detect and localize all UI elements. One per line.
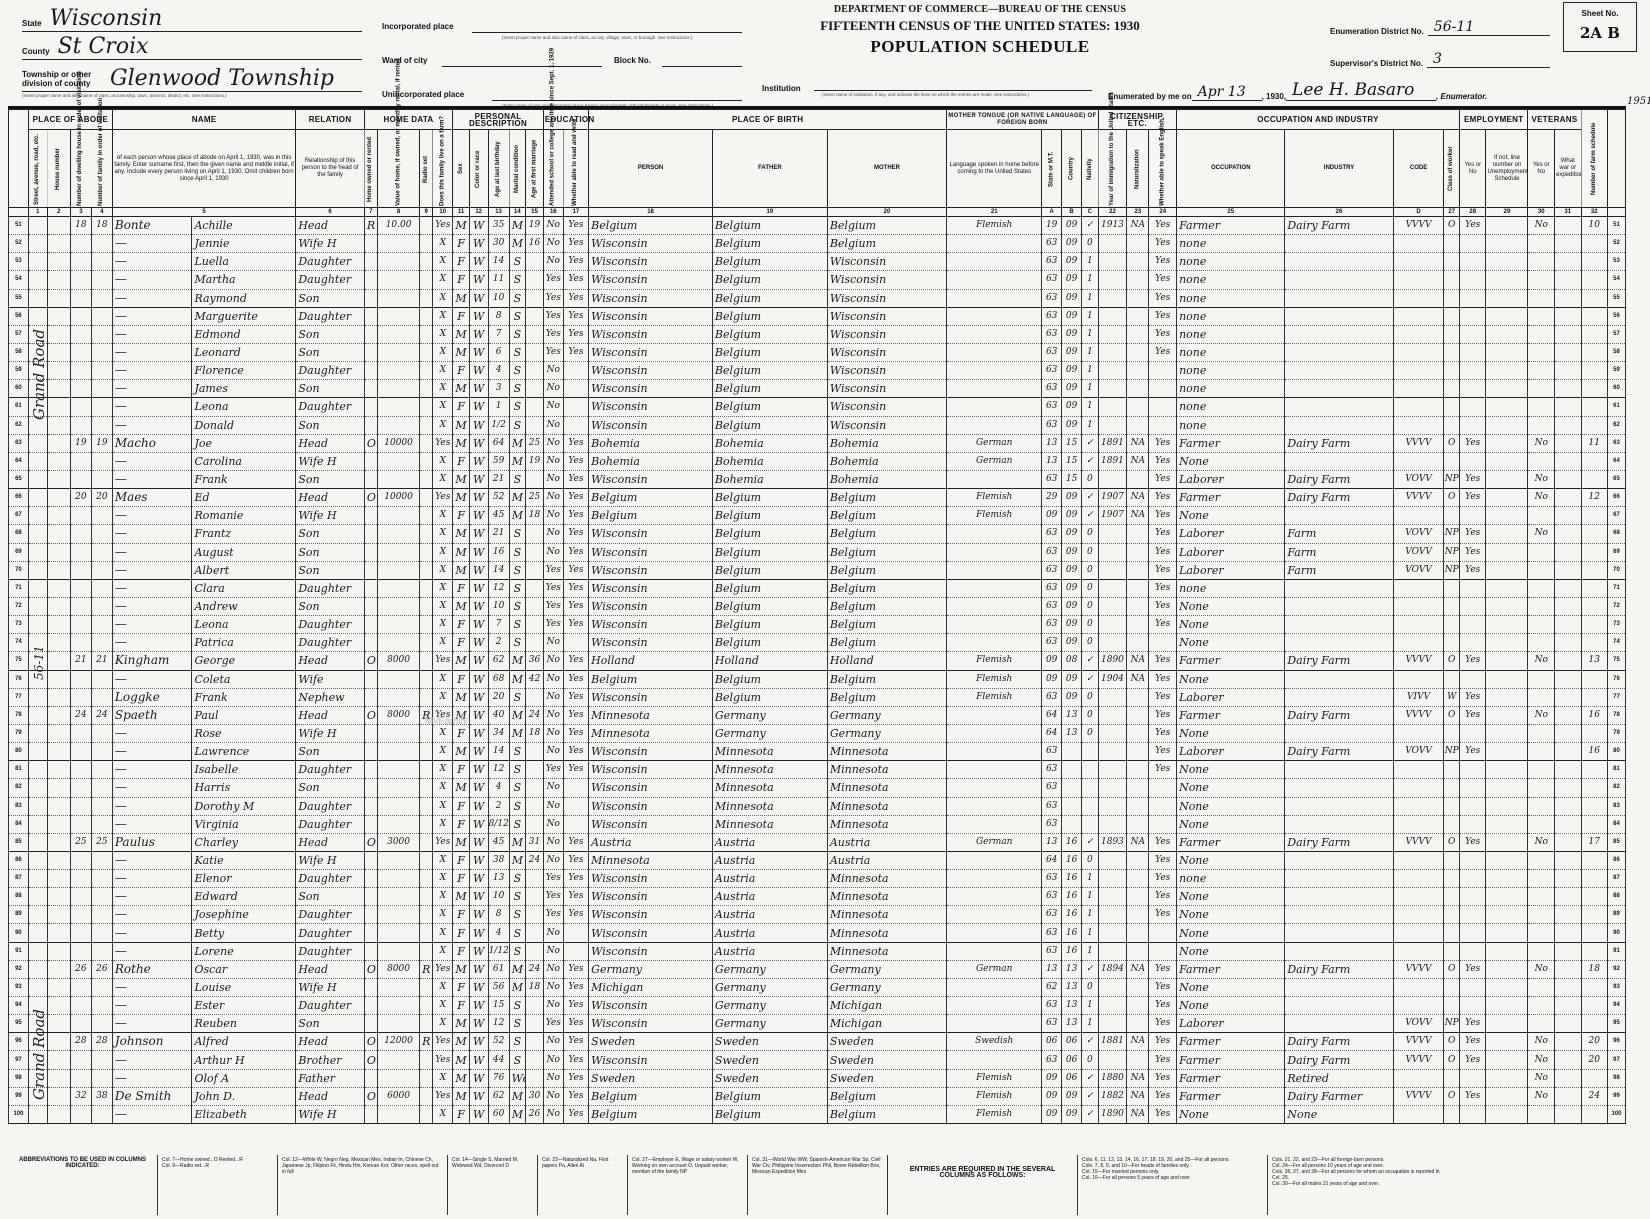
fam-cell bbox=[91, 325, 112, 343]
fsch-cell bbox=[1581, 362, 1608, 380]
farm-cell: X bbox=[433, 525, 453, 543]
radio-cell bbox=[420, 942, 433, 960]
farm-cell: X bbox=[433, 779, 453, 797]
sex-cell: M bbox=[453, 289, 470, 307]
cB-cell: 09 bbox=[1062, 253, 1082, 271]
fam-cell: 20 bbox=[91, 489, 112, 507]
eng-cell: Yes bbox=[1149, 452, 1177, 470]
eng-cell: Yes bbox=[1149, 652, 1177, 670]
sex-cell: M bbox=[453, 343, 470, 361]
farm-cell: X bbox=[433, 235, 453, 253]
race-cell: W bbox=[469, 616, 488, 634]
cC-cell bbox=[1082, 761, 1099, 779]
street-cell bbox=[28, 761, 47, 779]
dw-cell bbox=[70, 797, 91, 815]
given-cell: Charley bbox=[192, 833, 296, 851]
read-cell: Yes bbox=[563, 561, 588, 579]
sch-cell: Yes bbox=[543, 1015, 563, 1033]
pob-cell: Wisconsin bbox=[589, 616, 713, 634]
work-cell: Yes bbox=[1459, 960, 1486, 978]
cA-cell: 63 bbox=[1042, 997, 1062, 1015]
eng-cell: Yes bbox=[1149, 724, 1177, 742]
code-cell: VOVV bbox=[1393, 470, 1444, 488]
nat-cell bbox=[1127, 851, 1149, 869]
vet-cell: No bbox=[1528, 1051, 1555, 1069]
sex-cell: M bbox=[453, 380, 470, 398]
col-number-24: 24 bbox=[1149, 208, 1177, 217]
fpob-cell: Belgium bbox=[712, 343, 827, 361]
sex-cell: F bbox=[453, 398, 470, 416]
table-row: 68—FrantzSonXMW21SNoYesWisconsinBelgiumB… bbox=[9, 525, 1626, 543]
radio-cell bbox=[420, 761, 433, 779]
name-description-header: of each person whose place of abode on A… bbox=[112, 130, 295, 208]
table-row: 89—JosephineDaughterXFW8SYesYesWisconsin… bbox=[9, 906, 1626, 924]
fpob-cell: Austria bbox=[712, 833, 827, 851]
mar-cell: M bbox=[509, 851, 526, 869]
vet-cell bbox=[1528, 670, 1555, 688]
code-cell bbox=[1393, 997, 1444, 1015]
war-cell bbox=[1555, 325, 1582, 343]
col-number-27: 27 bbox=[1444, 208, 1459, 217]
cA-cell: 63 bbox=[1042, 579, 1062, 597]
own-cell bbox=[364, 870, 377, 888]
house-cell bbox=[47, 1015, 70, 1033]
fsch-cell: 24 bbox=[1581, 1087, 1608, 1105]
house-cell bbox=[47, 380, 70, 398]
vet-cell bbox=[1528, 398, 1555, 416]
farm-cell: X bbox=[433, 398, 453, 416]
pob-cell: Wisconsin bbox=[589, 289, 713, 307]
dw-cell bbox=[70, 906, 91, 924]
cA-cell: 63 bbox=[1042, 470, 1062, 488]
table-row: 76—ColetaWifeXFW68M42NoYesBelgiumBelgium… bbox=[9, 670, 1626, 688]
unemp-cell bbox=[1486, 434, 1528, 452]
val-cell bbox=[378, 924, 420, 942]
unemp-cell bbox=[1486, 833, 1528, 851]
house-cell bbox=[47, 561, 70, 579]
unemp-cell bbox=[1486, 888, 1528, 906]
lang-cell bbox=[947, 579, 1042, 597]
imm-cell bbox=[1098, 1051, 1127, 1069]
agem-cell bbox=[526, 416, 544, 434]
unemp-cell bbox=[1486, 870, 1528, 888]
unemp-cell bbox=[1486, 797, 1528, 815]
rel-cell: Son bbox=[296, 1015, 365, 1033]
nat-cell: NA bbox=[1127, 1105, 1149, 1123]
req-7: Cols. 26, 27, and 28—For all persons for… bbox=[1272, 1169, 1444, 1181]
cB-cell bbox=[1062, 815, 1082, 833]
col-number-line-right bbox=[1608, 208, 1626, 217]
cB-cell: 09 bbox=[1062, 398, 1082, 416]
table-row: 61—LeonaDaughterXFW1SNoWisconsinBelgiumW… bbox=[9, 398, 1626, 416]
enum-district-value: 56-11 bbox=[1428, 19, 1550, 36]
radio-cell bbox=[420, 235, 433, 253]
cB-cell: 09 bbox=[1062, 343, 1082, 361]
fsch-cell bbox=[1581, 343, 1608, 361]
agem-cell bbox=[526, 543, 544, 561]
lang-cell bbox=[947, 924, 1042, 942]
sex-cell: M bbox=[453, 543, 470, 561]
street-cell bbox=[28, 543, 47, 561]
work-cell bbox=[1459, 579, 1486, 597]
surname-cell: — bbox=[112, 525, 192, 543]
fpob-cell: Belgium bbox=[712, 597, 827, 615]
ind-cell bbox=[1285, 325, 1393, 343]
house-cell bbox=[47, 1087, 70, 1105]
race-cell: W bbox=[469, 1069, 488, 1087]
imm-cell bbox=[1098, 797, 1127, 815]
fsch-cell bbox=[1581, 851, 1608, 869]
age-cell: 11 bbox=[488, 271, 509, 289]
sch-cell: No bbox=[543, 1105, 563, 1123]
table-row: 65—FrankSonXMW21SNoYesWisconsinBohemiaBo… bbox=[9, 470, 1626, 488]
val-cell: 10000 bbox=[378, 434, 420, 452]
line-number-right: 72 bbox=[1608, 597, 1626, 615]
occ-cell: None bbox=[1177, 797, 1285, 815]
line-number: 57 bbox=[9, 325, 29, 343]
work-cell bbox=[1459, 906, 1486, 924]
farm-cell: X bbox=[433, 924, 453, 942]
cls-cell bbox=[1444, 634, 1459, 652]
work-cell: Yes bbox=[1459, 470, 1486, 488]
occ-cell: Laborer bbox=[1177, 470, 1285, 488]
line-number: 58 bbox=[9, 343, 29, 361]
work-cell: Yes bbox=[1459, 1033, 1486, 1051]
line-number-right: 52 bbox=[1608, 235, 1626, 253]
war-cell bbox=[1555, 924, 1582, 942]
agem-cell bbox=[526, 343, 544, 361]
table-row: 662020MaesEdHeadO10000YesMW52M25NoYesBel… bbox=[9, 489, 1626, 507]
lang-cell bbox=[947, 253, 1042, 271]
unemp-cell bbox=[1486, 235, 1528, 253]
pob-cell: Wisconsin bbox=[589, 362, 713, 380]
cB-cell bbox=[1062, 743, 1082, 761]
rel-cell: Son bbox=[296, 380, 365, 398]
mpob-cell: Belgium bbox=[827, 597, 946, 615]
nat-cell: NA bbox=[1127, 452, 1149, 470]
val-cell bbox=[378, 634, 420, 652]
ward-field: Ward of city Block No. bbox=[382, 46, 742, 80]
mpob-cell: Germany bbox=[827, 960, 946, 978]
dw-cell: 21 bbox=[70, 652, 91, 670]
given-cell: Lawrence bbox=[192, 743, 296, 761]
war-cell bbox=[1555, 307, 1582, 325]
rel-cell: Daughter bbox=[296, 271, 365, 289]
fsch-cell: 16 bbox=[1581, 706, 1608, 724]
state-value: Wisconsin bbox=[42, 7, 163, 31]
eng-cell: Yes bbox=[1149, 616, 1177, 634]
occ-cell: Farmer bbox=[1177, 1069, 1285, 1087]
nat-cell: NA bbox=[1127, 1087, 1149, 1105]
eng-cell: Yes bbox=[1149, 579, 1177, 597]
vet-cell: No bbox=[1528, 1033, 1555, 1051]
line-number: 97 bbox=[9, 1051, 29, 1069]
own-cell bbox=[364, 398, 377, 416]
surname-cell: Bonte bbox=[112, 217, 192, 235]
cA-cell: 63 bbox=[1042, 688, 1062, 706]
line-number-right: 86 bbox=[1608, 851, 1626, 869]
line-number-right: 87 bbox=[1608, 870, 1626, 888]
own-cell bbox=[364, 688, 377, 706]
vet-cell bbox=[1528, 797, 1555, 815]
house-cell bbox=[47, 906, 70, 924]
unemp-cell bbox=[1486, 398, 1528, 416]
mar-cell: S bbox=[509, 743, 526, 761]
occ-cell: none bbox=[1177, 253, 1285, 271]
lang-cell bbox=[947, 543, 1042, 561]
war-cell bbox=[1555, 489, 1582, 507]
farm-cell: X bbox=[433, 343, 453, 361]
nat-cell bbox=[1127, 253, 1149, 271]
war-cell bbox=[1555, 1033, 1582, 1051]
work-cell: Yes bbox=[1459, 434, 1486, 452]
war-cell bbox=[1555, 724, 1582, 742]
given-cell: Lorene bbox=[192, 942, 296, 960]
unemp-cell bbox=[1486, 597, 1528, 615]
sex-cell: M bbox=[453, 960, 470, 978]
surname-cell: — bbox=[112, 761, 192, 779]
radio-cell bbox=[420, 1015, 433, 1033]
mpob-cell: Bohemia bbox=[827, 470, 946, 488]
agem-cell bbox=[526, 1015, 544, 1033]
work-cell bbox=[1459, 325, 1486, 343]
table-row: 55—RaymondSonXMW10SYesYesWisconsinBelgiu… bbox=[9, 289, 1626, 307]
war-cell bbox=[1555, 978, 1582, 996]
work-cell bbox=[1459, 779, 1486, 797]
vet-cell bbox=[1528, 634, 1555, 652]
dw-cell: 25 bbox=[70, 833, 91, 851]
fsch-cell bbox=[1581, 543, 1608, 561]
work-cell bbox=[1459, 670, 1486, 688]
mpob-cell: Belgium bbox=[827, 579, 946, 597]
street-cell bbox=[28, 924, 47, 942]
eng-cell: Yes bbox=[1149, 525, 1177, 543]
race-cell: W bbox=[469, 888, 488, 906]
code-cell bbox=[1393, 779, 1444, 797]
own-cell bbox=[364, 289, 377, 307]
home-value-header: Value of home, if owned, or monthly rent… bbox=[378, 130, 420, 208]
own-cell: R bbox=[364, 217, 377, 235]
house-cell bbox=[47, 688, 70, 706]
col-number-17: 17 bbox=[563, 208, 588, 217]
surname-cell: — bbox=[112, 888, 192, 906]
eng-cell bbox=[1149, 362, 1177, 380]
farm-cell: X bbox=[433, 870, 453, 888]
rel-cell: Son bbox=[296, 779, 365, 797]
fpob-cell: Belgium bbox=[712, 525, 827, 543]
ind-cell bbox=[1285, 978, 1393, 996]
imm-cell: 1913 bbox=[1098, 217, 1127, 235]
code-cell bbox=[1393, 507, 1444, 525]
radio-cell bbox=[420, 724, 433, 742]
unemp-cell bbox=[1486, 343, 1528, 361]
fsch-cell: 12 bbox=[1581, 489, 1608, 507]
mar-cell: S bbox=[509, 761, 526, 779]
mar-cell: S bbox=[509, 543, 526, 561]
cB-cell: 16 bbox=[1062, 833, 1082, 851]
imm-cell bbox=[1098, 289, 1127, 307]
fsch-cell: 11 bbox=[1581, 434, 1608, 452]
col-number-A: A bbox=[1042, 208, 1062, 217]
given-cell: Isabelle bbox=[192, 761, 296, 779]
cls-cell bbox=[1444, 507, 1459, 525]
race-cell: W bbox=[469, 997, 488, 1015]
fam-cell bbox=[91, 452, 112, 470]
ind-cell bbox=[1285, 307, 1393, 325]
surname-cell: — bbox=[112, 1051, 192, 1069]
mar-cell: M bbox=[509, 1105, 526, 1123]
imm-cell bbox=[1098, 253, 1127, 271]
cA-cell: 29 bbox=[1042, 489, 1062, 507]
street-cell bbox=[28, 815, 47, 833]
table-row: 94—EsterDaughterXFW15SNoYesWisconsinGerm… bbox=[9, 997, 1626, 1015]
vet-cell bbox=[1528, 307, 1555, 325]
line-number: 88 bbox=[9, 888, 29, 906]
work-cell bbox=[1459, 416, 1486, 434]
street-cell bbox=[28, 960, 47, 978]
line-number: 54 bbox=[9, 271, 29, 289]
war-cell bbox=[1555, 1087, 1582, 1105]
col-number-9: 9 bbox=[420, 208, 433, 217]
own-cell: O bbox=[364, 960, 377, 978]
occ-cell: Farmer bbox=[1177, 833, 1285, 851]
cC-cell: ✓ bbox=[1082, 507, 1099, 525]
pob-cell: Wisconsin bbox=[589, 597, 713, 615]
ind-cell bbox=[1285, 688, 1393, 706]
fpob-cell: Belgium bbox=[712, 579, 827, 597]
farm-cell: X bbox=[433, 289, 453, 307]
own-cell: O bbox=[364, 1033, 377, 1051]
sex-cell: F bbox=[453, 997, 470, 1015]
farm-cell: Yes bbox=[433, 652, 453, 670]
col-number-20: 20 bbox=[827, 208, 946, 217]
read-cell: Yes bbox=[563, 1087, 588, 1105]
surname-cell: — bbox=[112, 343, 192, 361]
race-cell: W bbox=[469, 960, 488, 978]
table-row: 80—LawrenceSonXMW14SNoYesWisconsinMinnes… bbox=[9, 743, 1626, 761]
cB-cell: 06 bbox=[1062, 1069, 1082, 1087]
surname-cell: — bbox=[112, 1015, 192, 1033]
sch-cell: No bbox=[543, 960, 563, 978]
cA-cell: 63 bbox=[1042, 416, 1062, 434]
cls-cell bbox=[1444, 1069, 1459, 1087]
language-header: Language spoken in home before coming to… bbox=[947, 130, 1042, 208]
sex-cell: M bbox=[453, 1051, 470, 1069]
radio-cell bbox=[420, 307, 433, 325]
read-cell: Yes bbox=[563, 307, 588, 325]
surname-cell: — bbox=[112, 924, 192, 942]
agem-cell bbox=[526, 271, 544, 289]
mpob-cell: Wisconsin bbox=[827, 362, 946, 380]
radio-cell bbox=[420, 870, 433, 888]
race-cell: W bbox=[469, 978, 488, 996]
cA-cell: 63 bbox=[1042, 924, 1062, 942]
lang-cell: German bbox=[947, 960, 1042, 978]
ind-cell bbox=[1285, 579, 1393, 597]
pob-cell: Holland bbox=[589, 652, 713, 670]
line-number: 86 bbox=[9, 851, 29, 869]
age-cell: 60 bbox=[488, 1105, 509, 1123]
line-number-right: 91 bbox=[1608, 942, 1626, 960]
agem-cell: 19 bbox=[526, 217, 544, 235]
fsch-cell bbox=[1581, 797, 1608, 815]
lang-cell bbox=[947, 1015, 1042, 1033]
occ-cell: Laborer bbox=[1177, 743, 1285, 761]
own-cell bbox=[364, 597, 377, 615]
line-number: 65 bbox=[9, 470, 29, 488]
ind-cell bbox=[1285, 289, 1393, 307]
line-number-right: 100 bbox=[1608, 1105, 1626, 1123]
radio-cell bbox=[420, 1105, 433, 1123]
required-right: Cols. 21, 22, and 23—For all foreign-bor… bbox=[1268, 1155, 1448, 1215]
fam-cell bbox=[91, 543, 112, 561]
lang-cell: German bbox=[947, 452, 1042, 470]
imm-cell bbox=[1098, 561, 1127, 579]
lang-cell bbox=[947, 870, 1042, 888]
occ-cell: None bbox=[1177, 761, 1285, 779]
code-cell bbox=[1393, 579, 1444, 597]
fpob-cell: Minnesota bbox=[712, 761, 827, 779]
line-number: 87 bbox=[9, 870, 29, 888]
pob-cell: Michigan bbox=[589, 978, 713, 996]
eng-cell bbox=[1149, 924, 1177, 942]
mar-cell: S bbox=[509, 616, 526, 634]
sch-cell: Yes bbox=[543, 761, 563, 779]
line-number-right: 71 bbox=[1608, 579, 1626, 597]
fsch-cell bbox=[1581, 815, 1608, 833]
nat-cell bbox=[1127, 997, 1149, 1015]
sch-cell: No bbox=[543, 1033, 563, 1051]
surname-cell: Rothe bbox=[112, 960, 192, 978]
col-number-6: 6 bbox=[296, 208, 365, 217]
abbrev-col31: Col. 31—World War WW, Spanish-American W… bbox=[748, 1155, 888, 1215]
sch-cell: No bbox=[543, 833, 563, 851]
war-cell bbox=[1555, 997, 1582, 1015]
fpob-cell: Germany bbox=[712, 1015, 827, 1033]
cB-cell: 13 bbox=[1062, 1015, 1082, 1033]
lang-cell bbox=[947, 851, 1042, 869]
work-cell bbox=[1459, 452, 1486, 470]
fsch-cell bbox=[1581, 325, 1608, 343]
fam-cell bbox=[91, 416, 112, 434]
read-cell: Yes bbox=[563, 670, 588, 688]
col-number-2: 2 bbox=[47, 208, 70, 217]
nat-cell bbox=[1127, 797, 1149, 815]
pob-cell: Sweden bbox=[589, 1069, 713, 1087]
cC-cell bbox=[1082, 797, 1099, 815]
mpob-cell: Wisconsin bbox=[827, 380, 946, 398]
pob-cell: Wisconsin bbox=[589, 634, 713, 652]
given-cell: Edmond bbox=[192, 325, 296, 343]
val-cell bbox=[378, 543, 420, 561]
age-cell: 14 bbox=[488, 561, 509, 579]
war-cell bbox=[1555, 634, 1582, 652]
pob-cell: Wisconsin bbox=[589, 561, 713, 579]
sex-cell: M bbox=[453, 470, 470, 488]
surname-cell: — bbox=[112, 579, 192, 597]
cB-cell: 13 bbox=[1062, 706, 1082, 724]
vet-cell bbox=[1528, 289, 1555, 307]
sch-cell: No bbox=[543, 942, 563, 960]
race-cell: W bbox=[469, 489, 488, 507]
read-cell: Yes bbox=[563, 851, 588, 869]
given-cell: Patrica bbox=[192, 634, 296, 652]
cC-cell: 1 bbox=[1082, 416, 1099, 434]
rel-cell: Daughter bbox=[296, 797, 365, 815]
house-cell bbox=[47, 452, 70, 470]
imm-cell bbox=[1098, 724, 1127, 742]
cB-cell: 16 bbox=[1062, 870, 1082, 888]
